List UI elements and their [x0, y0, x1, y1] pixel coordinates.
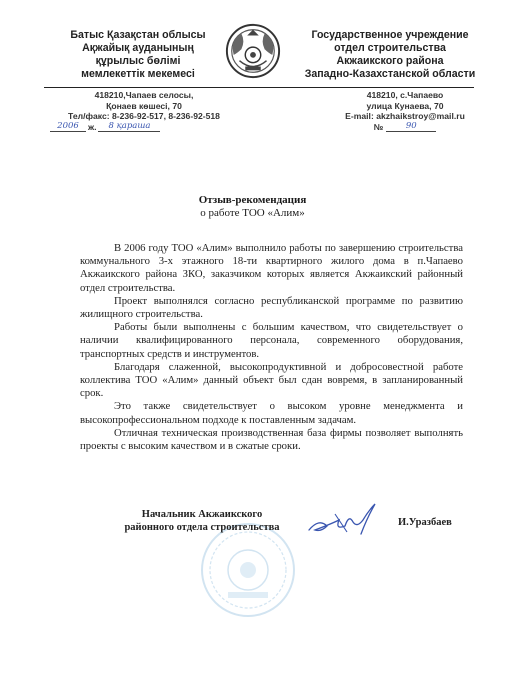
letter-body: В 2006 году ТОО «Алим» выполнило работы … — [80, 242, 463, 453]
address-russian: 418210, с.Чапаево улица Кунаева, 70 E-ma… — [330, 90, 480, 132]
date-suffix: ж. — [88, 122, 96, 133]
document-number: № 90 — [330, 122, 480, 133]
signatory-name: И.Уразбаев — [398, 517, 452, 528]
org-ru-line-1: Государственное учреждение — [300, 29, 480, 42]
date-year-handwritten: 2006 — [50, 122, 86, 132]
title-main: Отзыв-рекомендация — [0, 194, 505, 207]
kazakhstan-coat-of-arms-icon — [224, 22, 282, 80]
header-divider — [44, 87, 474, 88]
org-kz-line-2: Ақжайық ауданының — [58, 42, 218, 55]
signatory-position: Начальник Акжаикского районного отдела с… — [107, 508, 297, 534]
address-kazakh: 418210,Чапаев селосы, Қонаев көшесі, 70 … — [44, 90, 244, 132]
email: E-mail: akzhaikstroy@mail.ru — [330, 111, 480, 122]
org-name-kazakh: Батыс Қазақстан облысы Ақжайық ауданының… — [58, 29, 218, 81]
org-kz-line-3: құрылыс бөлімі — [58, 55, 218, 68]
document-date: 2006 ж. 8 қараша — [44, 122, 244, 133]
address-ru-line-2: улица Кунаева, 70 — [330, 101, 480, 112]
phone-fax: Тел/факс: 8-236-92-517, 8-236-92-518 — [44, 111, 244, 122]
document-title: Отзыв-рекомендация о работе ТОО «Алим» — [0, 194, 505, 220]
org-name-russian: Государственное учреждение отдел строите… — [300, 29, 480, 81]
address-kz-line-1: 418210,Чапаев селосы, — [44, 90, 244, 101]
org-ru-line-4: Западно-Казахстанской области — [300, 68, 480, 81]
number-handwritten: 90 — [386, 122, 436, 132]
official-round-stamp-icon — [198, 520, 298, 620]
paragraph-1: В 2006 году ТОО «Алим» выполнило работы … — [80, 242, 463, 295]
org-ru-line-2: отдел строительства — [300, 42, 480, 55]
org-ru-line-3: Акжаикского района — [300, 55, 480, 68]
position-line-2: районного отдела строительства — [107, 521, 297, 534]
paragraph-3: Работы были выполнены с большим качество… — [80, 321, 463, 361]
paragraph-6: Отличная техническая производственная ба… — [80, 427, 463, 453]
title-subtitle: о работе ТОО «Алим» — [0, 207, 505, 220]
paragraph-4: Благодаря слаженной, высокопродуктивной … — [80, 361, 463, 401]
paragraph-5: Это также свидетельствует о высоком уров… — [80, 400, 463, 426]
address-kz-line-2: Қонаев көшесі, 70 — [44, 101, 244, 112]
org-kz-line-4: мемлекеттік мекемесі — [58, 68, 218, 81]
handwritten-signature-icon — [305, 500, 385, 540]
number-label: № — [374, 122, 384, 133]
date-day-handwritten: 8 қараша — [98, 122, 160, 132]
paragraph-2: Проект выполнялся согласно республиканск… — [80, 295, 463, 321]
address-ru-line-1: 418210, с.Чапаево — [330, 90, 480, 101]
position-line-1: Начальник Акжаикского — [107, 508, 297, 521]
org-kz-line-1: Батыс Қазақстан облысы — [58, 29, 218, 42]
